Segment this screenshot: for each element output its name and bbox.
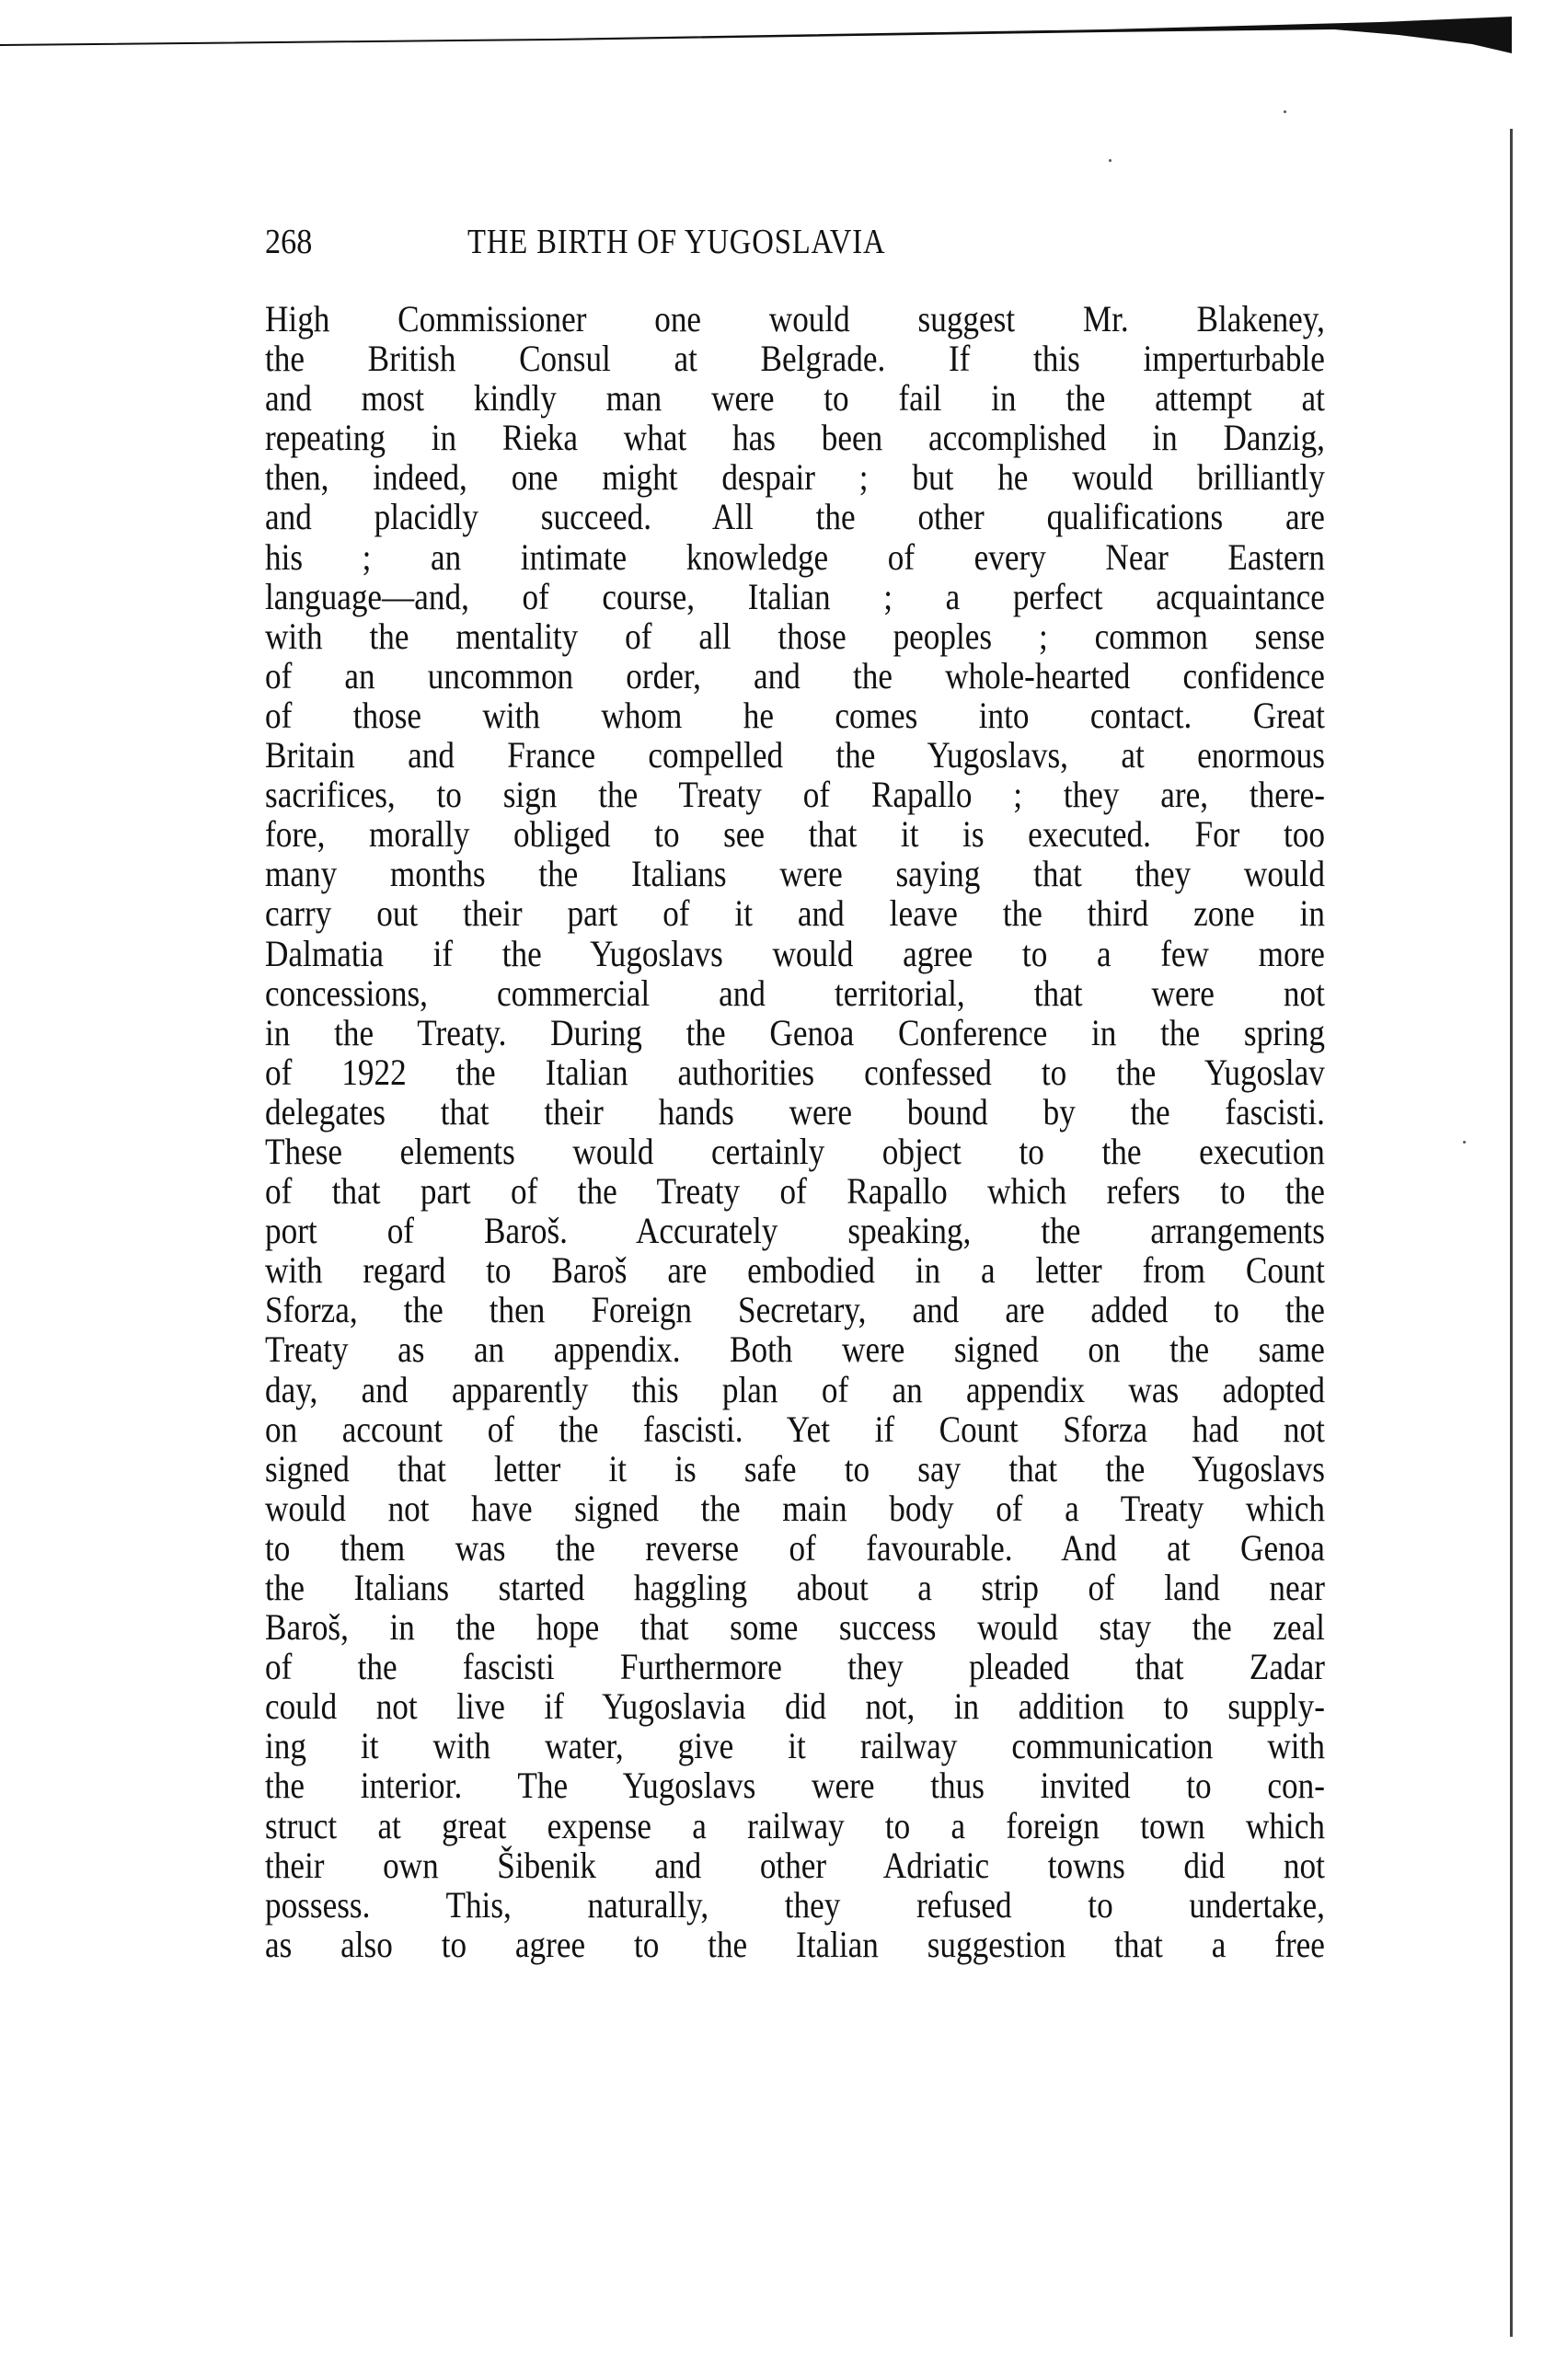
text-line: ing it with water, give it railway commu…	[265, 1726, 1325, 1765]
text-line: possess. This, naturally, they refused t…	[265, 1885, 1325, 1925]
text-line-content: fore, morally obliged to see that it is …	[265, 814, 1325, 854]
text-line-content: signed that letter it is safe to say tha…	[265, 1449, 1325, 1489]
text-line-content: of an uncommon order, and the whole-hear…	[265, 656, 1325, 696]
text-line: struct at great expense a railway to a f…	[265, 1806, 1325, 1845]
text-line: fore, morally obliged to see that it is …	[265, 814, 1325, 854]
text-line: signed that letter it is safe to say tha…	[265, 1449, 1325, 1489]
text-line: delegates that their hands were bound by…	[265, 1092, 1325, 1132]
scan-speck	[1109, 159, 1112, 162]
scan-speck	[1463, 1141, 1466, 1144]
scan-top-edge-rule	[0, 17, 1512, 53]
text-line-content: language—and, of course, Italian ; a per…	[265, 577, 1325, 616]
text-line-content: Treaty as an appendix. Both were signed …	[265, 1329, 1325, 1369]
text-line-content: Britain and France compelled the Yugosla…	[265, 735, 1325, 775]
text-line: port of Baroš. Accurately speaking, the …	[265, 1211, 1325, 1250]
text-line: with regard to Baroš are embodied in a l…	[265, 1250, 1325, 1290]
text-line: Dalmatia if the Yugoslavs would agree to…	[265, 934, 1325, 973]
text-line: of 1922 the Italian authorities confesse…	[265, 1052, 1325, 1092]
text-line: and placidly succeed. All the other qual…	[265, 497, 1325, 536]
text-line-content: of the fascisti Furthermore they pleaded…	[265, 1647, 1325, 1686]
text-line: of an uncommon order, and the whole-hear…	[265, 656, 1325, 696]
text-line-content: the British Consul at Belgrade. If this …	[265, 339, 1325, 378]
text-line-content: sacrifices, to sign the Treaty of Rapall…	[265, 775, 1325, 814]
text-line: his ; an intimate knowledge of every Nea…	[265, 537, 1325, 577]
text-line: concessions, commercial and territorial,…	[265, 973, 1325, 1013]
text-line-content: with regard to Baroš are embodied in a l…	[265, 1250, 1325, 1290]
text-line: as also to agree to the Italian suggesti…	[265, 1925, 1325, 1964]
text-line: of the fascisti Furthermore they pleaded…	[265, 1647, 1325, 1686]
text-line-content: port of Baroš. Accurately speaking, the …	[265, 1211, 1325, 1250]
text-line-content: Sforza, the then Foreign Secretary, and …	[265, 1290, 1325, 1329]
text-line-content: of 1922 the Italian authorities confesse…	[265, 1052, 1325, 1092]
body-text: High Commissioner one would suggest Mr. …	[265, 299, 1325, 1964]
text-line: language—and, of course, Italian ; a per…	[265, 577, 1325, 616]
text-line: could not live if Yugoslavia did not, in…	[265, 1686, 1325, 1726]
text-line: of those with whom he comes into contact…	[265, 696, 1325, 735]
text-line-content: could not live if Yugoslavia did not, in…	[265, 1686, 1325, 1726]
text-line: These elements would certainly object to…	[265, 1132, 1325, 1171]
text-line-content: many months the Italians were saying tha…	[265, 854, 1325, 893]
text-line: then, indeed, one might despair ; but he…	[265, 457, 1325, 497]
text-line: the interior. The Yugoslavs were thus in…	[265, 1765, 1325, 1805]
text-line-content: High Commissioner one would suggest Mr. …	[265, 299, 1325, 339]
text-line: Britain and France compelled the Yugosla…	[265, 735, 1325, 775]
text-line-content: of that part of the Treaty of Rapallo wh…	[265, 1171, 1325, 1211]
text-line-content: then, indeed, one might despair ; but he…	[265, 457, 1325, 497]
text-line-content: as also to agree to the Italian suggesti…	[265, 1925, 1325, 1964]
text-line-content: ing it with water, give it railway commu…	[265, 1726, 1325, 1765]
text-line: many months the Italians were saying tha…	[265, 854, 1325, 893]
text-line-content: These elements would certainly object to…	[265, 1132, 1325, 1171]
text-line-content: the interior. The Yugoslavs were thus in…	[265, 1765, 1325, 1805]
text-line: day, and apparently this plan of an appe…	[265, 1370, 1325, 1409]
text-line-content: Dalmatia if the Yugoslavs would agree to…	[265, 934, 1325, 973]
text-line: of that part of the Treaty of Rapallo wh…	[265, 1171, 1325, 1211]
text-line-content: day, and apparently this plan of an appe…	[265, 1370, 1325, 1409]
text-line-content: Baroš, in the hope that some success wou…	[265, 1607, 1325, 1647]
text-line-content: possess. This, naturally, they refused t…	[265, 1885, 1325, 1925]
scan-page-edge	[1510, 129, 1513, 2337]
text-line: would not have signed the main body of a…	[265, 1489, 1325, 1528]
text-line-content: their own Šibenik and other Adriatic tow…	[265, 1845, 1325, 1885]
text-line-content: carry out their part of it and leave the…	[265, 893, 1325, 933]
text-line: Treaty as an appendix. Both were signed …	[265, 1329, 1325, 1369]
text-line-content: struct at great expense a railway to a f…	[265, 1806, 1325, 1845]
text-line-content: concessions, commercial and territorial,…	[265, 973, 1325, 1013]
text-line-content: the Italians started haggling about a st…	[265, 1568, 1325, 1607]
running-title: THE BIRTH OF YUGOSLAVIA	[467, 219, 885, 265]
text-line: in the Treaty. During the Genoa Conferen…	[265, 1013, 1325, 1052]
text-line-content: repeating in Rieka what has been accompl…	[265, 418, 1325, 457]
text-line-content: and placidly succeed. All the other qual…	[265, 497, 1325, 536]
text-line-content: of those with whom he comes into contact…	[265, 696, 1325, 735]
page-number: 268	[265, 219, 312, 265]
text-line: Sforza, the then Foreign Secretary, and …	[265, 1290, 1325, 1329]
text-line-content: to them was the reverse of favourable. A…	[265, 1528, 1325, 1568]
text-line: repeating in Rieka what has been accompl…	[265, 418, 1325, 457]
scan-speck	[1284, 110, 1286, 113]
text-line: the British Consul at Belgrade. If this …	[265, 339, 1325, 378]
text-line: and most kindly man were to fail in the …	[265, 378, 1325, 418]
text-line-content: and most kindly man were to fail in the …	[265, 378, 1325, 418]
text-line: on account of the fascisti. Yet if Count…	[265, 1409, 1325, 1449]
text-line: with the mentality of all those peoples …	[265, 616, 1325, 656]
text-line-content: on account of the fascisti. Yet if Count…	[265, 1409, 1325, 1449]
text-line-content: his ; an intimate knowledge of every Nea…	[265, 537, 1325, 577]
page-header: 268 THE BIRTH OF YUGOSLAVIA	[265, 219, 1332, 265]
text-line: sacrifices, to sign the Treaty of Rapall…	[265, 775, 1325, 814]
text-line: to them was the reverse of favourable. A…	[265, 1528, 1325, 1568]
text-line-content: in the Treaty. During the Genoa Conferen…	[265, 1013, 1325, 1052]
text-line: Baroš, in the hope that some success wou…	[265, 1607, 1325, 1647]
text-line: their own Šibenik and other Adriatic tow…	[265, 1845, 1325, 1885]
text-line-content: delegates that their hands were bound by…	[265, 1092, 1325, 1132]
text-line: the Italians started haggling about a st…	[265, 1568, 1325, 1607]
text-line-content: would not have signed the main body of a…	[265, 1489, 1325, 1528]
text-line: High Commissioner one would suggest Mr. …	[265, 299, 1325, 339]
text-line-content: with the mentality of all those peoples …	[265, 616, 1325, 656]
text-line: carry out their part of it and leave the…	[265, 893, 1325, 933]
